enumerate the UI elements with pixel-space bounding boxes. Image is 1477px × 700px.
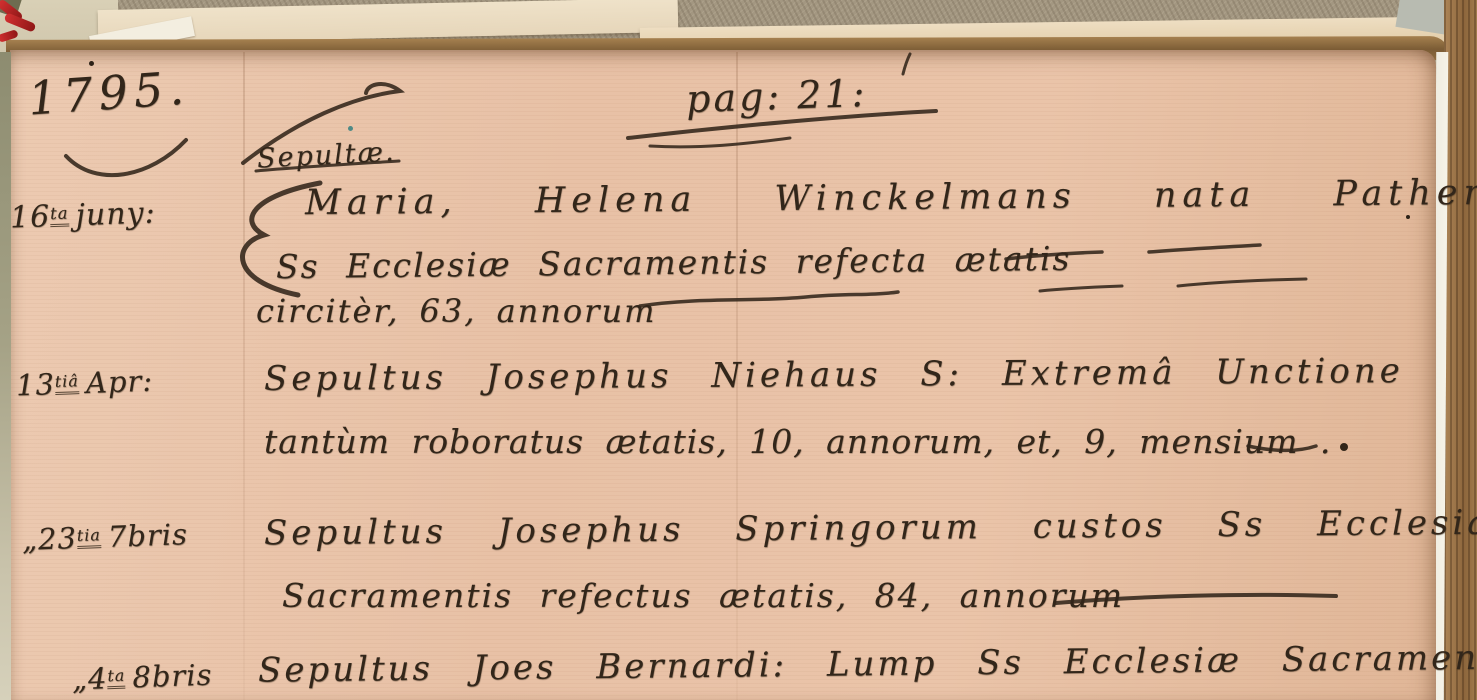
ink-speck xyxy=(348,126,353,131)
entry-date-day: 13 xyxy=(15,367,55,402)
entry-date-month: juny: xyxy=(75,195,156,233)
entry-line: circitèr, 63, annorum xyxy=(256,292,656,330)
entry-date-day: 16 xyxy=(9,199,50,235)
scanned-burial-register-photo: 1795. pag: 21: Sepultæ. 16tajuny: Maria,… xyxy=(0,0,1477,700)
page-left-edge xyxy=(0,52,11,700)
ink-speck xyxy=(1406,215,1410,219)
entry-line: Sepultus Josephus Niehaus S: Extremâ Unc… xyxy=(264,351,1404,399)
entry-date-day: „23 xyxy=(21,521,77,557)
entry-date-suffix: ta xyxy=(107,665,126,689)
entry-date-suffix: tiâ xyxy=(54,371,79,395)
ink-speck xyxy=(89,61,94,66)
entry-date: „23tia7bris xyxy=(21,517,188,557)
entry-line: tantùm roboratus ætatis, 10, annorum, et… xyxy=(264,422,1331,461)
entry-line: Ss Ecclesiæ Sacramentis refecta ætatis xyxy=(276,239,1072,286)
entry-line: Sacramentis refectus ætatis, 84, annorum xyxy=(282,576,1124,615)
paper-crease xyxy=(243,52,245,700)
entry-date-day: „4 xyxy=(71,661,108,696)
entry-date-month: 7bris xyxy=(107,517,188,554)
year-label: 1795. xyxy=(26,60,191,125)
entry-date-suffix: tia xyxy=(77,525,102,549)
entry-date-month: Apr: xyxy=(85,364,153,400)
entry-date-month: 8bris xyxy=(132,658,213,695)
entry-date: „4ta8bris xyxy=(71,658,213,697)
entry-date-suffix: ta xyxy=(50,203,69,227)
entry-date: 16tajuny: xyxy=(9,195,156,235)
page-number: pag: 21: xyxy=(685,71,868,121)
page-stack-right-edge xyxy=(1444,0,1477,700)
entry-date: 13tiâApr: xyxy=(15,364,153,403)
